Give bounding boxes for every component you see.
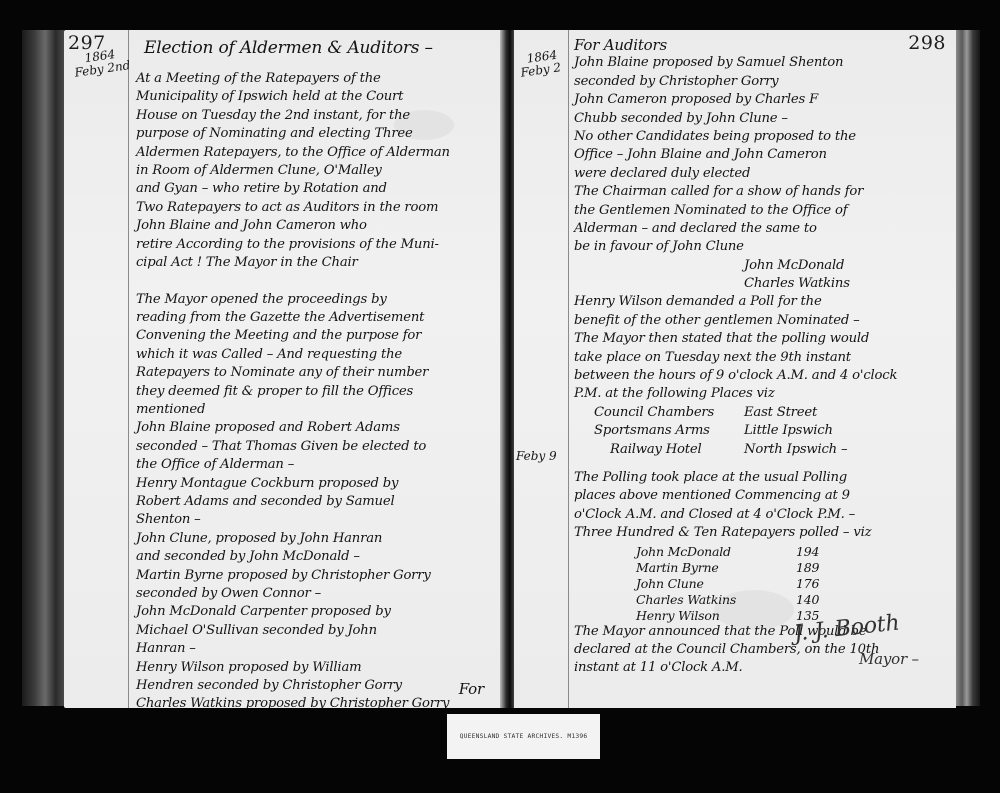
text-line: The Mayor then stated that the polling w… [574,330,949,348]
vote-count: 194 [796,543,846,559]
entry-heading: Election of Aldermen & Auditors – [144,36,501,60]
text-line: cipal Act ! The Mayor in the Chair [136,254,501,272]
text-line: The Polling took place at the usual Poll… [574,469,949,487]
text-line: Henry Montague Cockburn proposed by [136,475,501,493]
text-line: No other Candidates being proposed to th… [574,128,949,146]
text-line: John McDonald Carpenter proposed by [136,603,501,621]
text-line: purpose of Nominating and electing Three [136,125,501,143]
vote-count: 189 [796,559,846,575]
text-line: and seconded by John McDonald – [136,548,501,566]
text-line: Martin Byrne proposed by Christopher Gor… [136,567,501,585]
mayor-title: Mayor – [859,650,919,668]
section-heading-auditors: For Auditors [574,36,949,54]
poll-result-row: Henry Wilson 135 [624,607,949,623]
text-line: Charles Watkins proposed by Christopher … [136,695,501,708]
text-line: seconded – That Thomas Given be elected … [136,438,501,456]
text-line: Michael O'Sullivan seconded by John [136,622,501,640]
polling-place: North Ipswich – [744,441,847,459]
text-line: House on Tuesday the 2nd instant, for th… [136,107,501,125]
poll-result-row: John Clune 176 [624,575,949,591]
show-of-hands-name: Charles Watkins [574,275,949,293]
text-line: Two Ratepayers to act as Auditors in the… [136,199,501,217]
paragraph-gap [574,459,949,469]
text-line: Ratepayers to Nominate any of their numb… [136,364,501,382]
text-line: mentioned [136,401,501,419]
polling-place: Council Chambers [594,404,744,422]
text-line: Aldermen Ratepayers, to the Office of Al… [136,144,501,162]
text-line: Alderman – and declared the same to [574,220,949,238]
vote-count: 140 [796,591,846,607]
catchword: For [459,680,484,698]
right-page: 298 1864 Feby 2 For Auditors John Blaine… [514,30,956,708]
vote-count: 176 [796,575,846,591]
text-line: The Chairman called for a show of hands … [574,183,949,201]
margin-date-note: 1864 Feby 2 [518,48,562,79]
polling-place: Sportsmans Arms [594,422,744,440]
text-line: they deemed fit & proper to fill the Off… [136,383,501,401]
left-page-stack-edge [22,30,64,706]
text-line: Chubb seconded by John Clune – [574,110,949,128]
poll-date-margin-note: Feby 9 [516,450,557,463]
candidate-name: Martin Byrne [624,559,796,575]
text-line: were declared duly elected [574,165,949,183]
candidate-name: Henry Wilson [624,607,796,623]
polling-place-row: Railway Hotel North Ipswich – [594,441,949,459]
candidate-name: Charles Watkins [624,591,796,607]
text-line: Office – John Blaine and John Cameron [574,146,949,164]
text-line: between the hours of 9 o'clock A.M. and … [574,367,949,385]
text-line: seconded by Owen Connor – [136,585,501,603]
text-line: The Mayor opened the proceedings by [136,291,501,309]
polling-place: Little Ipswich [744,422,833,440]
paragraph-gap [136,272,501,290]
poll-result-row: Martin Byrne 189 [624,559,949,575]
candidate-name: John McDonald [624,543,796,559]
text-line: in Room of Aldermen Clune, O'Malley [136,162,501,180]
text-line: the Gentlemen Nominated to the Office of [574,202,949,220]
text-line: Hanran – [136,640,501,658]
poll-result-row: Charles Watkins 140 [624,591,949,607]
margin-rule [568,30,569,708]
text-line: the Office of Alderman – [136,456,501,474]
text-line: which it was Called – And requesting the [136,346,501,364]
text-line: John Blaine and John Cameron who [136,217,501,235]
polling-places-list: Council Chambers East Street Sportsmans … [594,404,949,459]
right-page-stack-edge [956,30,980,706]
polling-place: East Street [744,404,817,422]
text-line: Robert Adams and seconded by Samuel [136,493,501,511]
text-line: Henry Wilson demanded a Poll for the [574,293,949,311]
text-line: Municipality of Ipswich held at the Cour… [136,88,501,106]
scanned-ledger-spread: 297 1864 Feby 2nd Election of Aldermen &… [0,0,1000,793]
text-line: Hendren seconded by Christopher Gorry [136,677,501,695]
text-line: places above mentioned Commencing at 9 [574,487,949,505]
polling-place-row: Council Chambers East Street [594,404,949,422]
polling-place-row: Sportsmans Arms Little Ipswich [594,422,949,440]
text-line: reading from the Gazette the Advertiseme… [136,309,501,327]
text-line: John Cameron proposed by Charles F [574,91,949,109]
archive-label: QUEENSLAND STATE ARCHIVES. M1396 [447,714,600,759]
text-line: Convening the Meeting and the purpose fo… [136,327,501,345]
text-line: John Clune, proposed by John Hanran [136,530,501,548]
text-line: be in favour of John Clune [574,238,949,256]
text-line: take place on Tuesday next the 9th insta… [574,349,949,367]
text-line: John Blaine proposed by Samuel Shenton [574,54,949,72]
margin-date: Feby 2 [520,61,562,80]
text-line: seconded by Christopher Gorry [574,73,949,91]
text-line: and Gyan – who retire by Rotation and [136,180,501,198]
text-line: Shenton – [136,511,501,529]
poll-result-row: John McDonald 194 [624,543,949,559]
text-line: Three Hundred & Ten Ratepayers polled – … [574,524,949,542]
text-line: John Blaine proposed and Robert Adams [136,419,501,437]
left-page-text: Election of Aldermen & Auditors – At a M… [136,36,501,708]
polling-place: Railway Hotel [594,441,744,459]
text-line: benefit of the other gentlemen Nominated… [574,312,949,330]
text-line: retire According to the provisions of th… [136,236,501,254]
right-page-text: For Auditors John Blaine proposed by Sam… [574,36,949,678]
left-page: 297 1864 Feby 2nd Election of Aldermen &… [64,30,506,708]
archive-label-text: QUEENSLAND STATE ARCHIVES. M1396 [460,733,588,740]
text-line: o'Clock A.M. and Closed at 4 o'Clock P.M… [574,506,949,524]
poll-results-table: John McDonald 194 Martin Byrne 189 John … [624,543,949,623]
margin-rule [128,30,129,708]
show-of-hands-name: John McDonald [574,257,949,275]
text-line: Henry Wilson proposed by William [136,659,501,677]
candidate-name: John Clune [624,575,796,591]
text-line: At a Meeting of the Ratepayers of the [136,70,501,88]
text-line: P.M. at the following Places viz [574,385,949,403]
